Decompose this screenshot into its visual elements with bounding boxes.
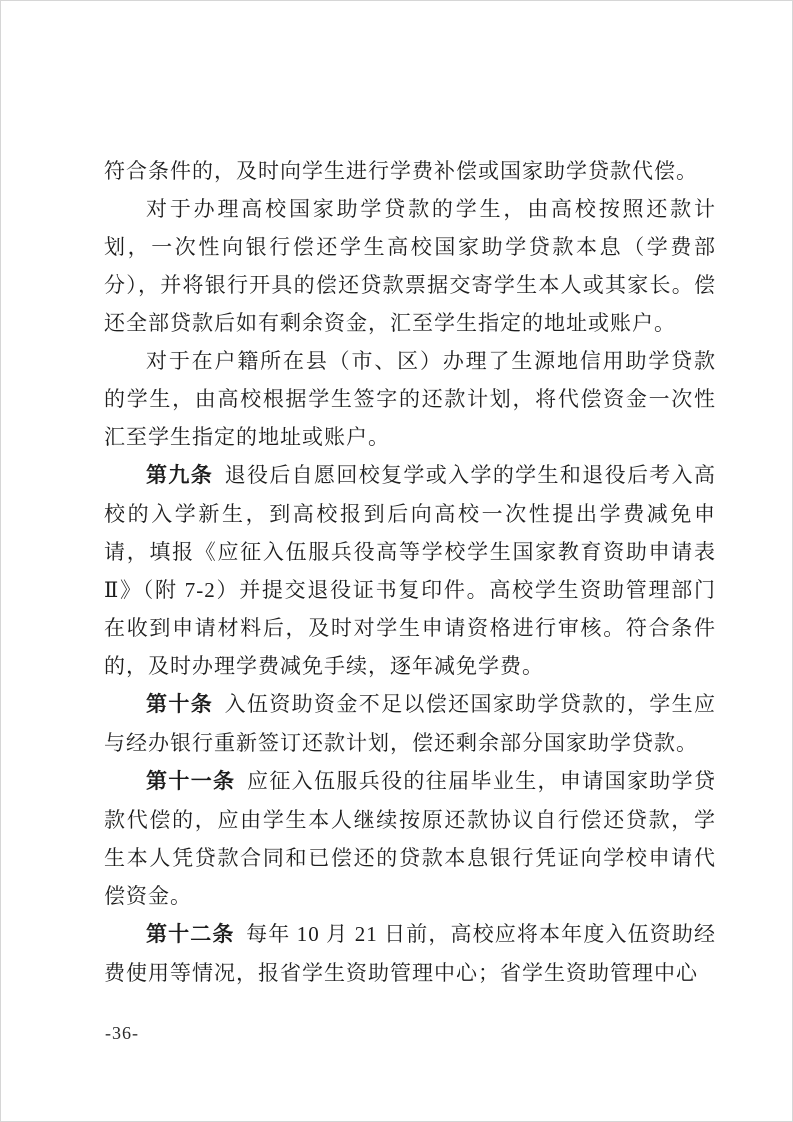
paragraph: 符合条件的，及时向学生进行学费补偿或国家助学贷款代偿。: [104, 152, 716, 190]
article-term: 第十条: [146, 693, 213, 716]
document-page: 符合条件的，及时向学生进行学费补偿或国家助学贷款代偿。 对于办理高校国家助学贷款…: [0, 0, 793, 1122]
paragraph-text: 符合条件的，及时向学生进行学费补偿或国家助学贷款代偿。: [104, 159, 698, 183]
article-term: 第九条: [146, 464, 213, 487]
paragraph-article-10: 第十条入伍资助资金不足以偿还国家助学贷款的，学生应与经办银行重新签订还款计划，偿…: [104, 685, 716, 762]
paragraph-article-11: 第十一条应征入伍服兵役的往届毕业生，申请国家助学贷款代偿的，应由学生本人继续按原…: [104, 762, 716, 915]
article-term: 第十一条: [146, 770, 235, 793]
paragraph: 对于在户籍所在县（市、区）办理了生源地信用助学贷款的学生，由高校根据学生签字的还…: [104, 342, 716, 456]
document-body: 符合条件的，及时向学生进行学费补偿或国家助学贷款代偿。 对于办理高校国家助学贷款…: [104, 152, 716, 992]
paragraph-text: 退役后自愿回校复学或入学的学生和退役后考入高校的入学新生，到高校报到后向高校一次…: [104, 463, 716, 678]
paragraph-text: 对于在户籍所在县（市、区）办理了生源地信用助学贷款的学生，由高校根据学生签字的还…: [104, 349, 716, 449]
article-term: 第十二条: [146, 923, 235, 946]
paragraph: 对于办理高校国家助学贷款的学生，由高校按照还款计划，一次性向银行偿还学生高校国家…: [104, 190, 716, 342]
paragraph-text: 对于办理高校国家助学贷款的学生，由高校按照还款计划，一次性向银行偿还学生高校国家…: [104, 197, 716, 335]
paragraph-article-9: 第九条退役后自愿回校复学或入学的学生和退役后考入高校的入学新生，到高校报到后向高…: [104, 456, 716, 685]
paragraph-article-12: 第十二条每年 10 月 21 日前，高校应将本年度入伍资助经费使用等情况，报省学…: [104, 915, 716, 992]
page-number: -36-: [105, 1022, 139, 1044]
